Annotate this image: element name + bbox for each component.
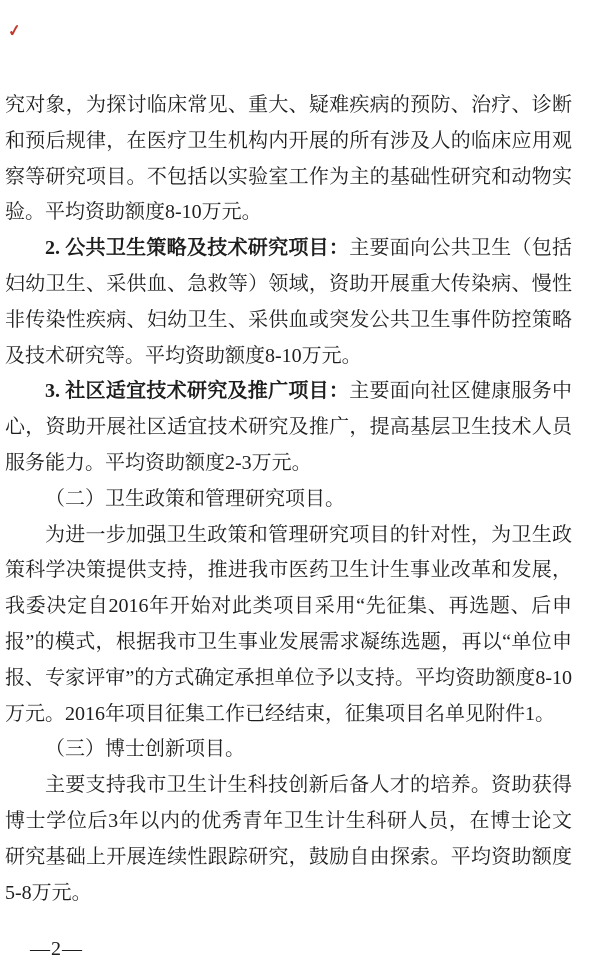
paragraph-clinical-research-continuation: 究对象，为探讨临床常见、重大、疑难疾病的预防、治疗、诊断和预后规律，在医疗卫生机… xyxy=(5,88,572,231)
red-check-annotation-icon: ✓ xyxy=(7,23,23,41)
paragraph-public-health-strategy-project: 2. 公共卫生策略及技术研究项目：主要面向公共卫生（包括妇幼卫生、采供血、急救等… xyxy=(5,231,572,374)
section-3-heading: 3. 社区适宜技术研究及推广项目： xyxy=(45,380,349,402)
page-number: —2— xyxy=(30,938,83,961)
subsection-heading-health-policy: （二）卫生政策和管理研究项目。 xyxy=(5,482,572,518)
section-2-heading: 2. 公共卫生策略及技术研究项目： xyxy=(45,237,349,259)
document-body: 究对象，为探讨临床常见、重大、疑难疾病的预防、治疗、诊断和预后规律，在医疗卫生机… xyxy=(5,88,572,911)
heading-text: （三）博士创新项目。 xyxy=(45,738,245,760)
paragraph-text: 主要支持我市卫生计生科技创新后备人才的培养。资助获得博士学位后3年以内的优秀青年… xyxy=(5,774,572,903)
paragraph-policy-management-detail: 为进一步加强卫生政策和管理研究项目的针对性，为卫生政策科学决策提供支持，推进我市… xyxy=(5,518,572,733)
paragraph-text: 为进一步加强卫生政策和管理研究项目的针对性，为卫生政策科学决策提供支持，推进我市… xyxy=(5,524,572,725)
document-page: ✓ 究对象，为探讨临床常见、重大、疑难疾病的预防、治疗、诊断和预后规律，在医疗卫… xyxy=(0,0,600,969)
paragraph-doctoral-innovation-detail: 主要支持我市卫生计生科技创新后备人才的培养。资助获得博士学位后3年以内的优秀青年… xyxy=(5,768,572,911)
paragraph-text: 究对象，为探讨临床常见、重大、疑难疾病的预防、治疗、诊断和预后规律，在医疗卫生机… xyxy=(5,94,572,223)
paragraph-community-technology-project: 3. 社区适宜技术研究及推广项目：主要面向社区健康服务中心，资助开展社区适宜技术… xyxy=(5,374,572,481)
heading-text: （二）卫生政策和管理研究项目。 xyxy=(45,488,345,510)
subsection-heading-doctoral-innovation: （三）博士创新项目。 xyxy=(5,732,572,768)
